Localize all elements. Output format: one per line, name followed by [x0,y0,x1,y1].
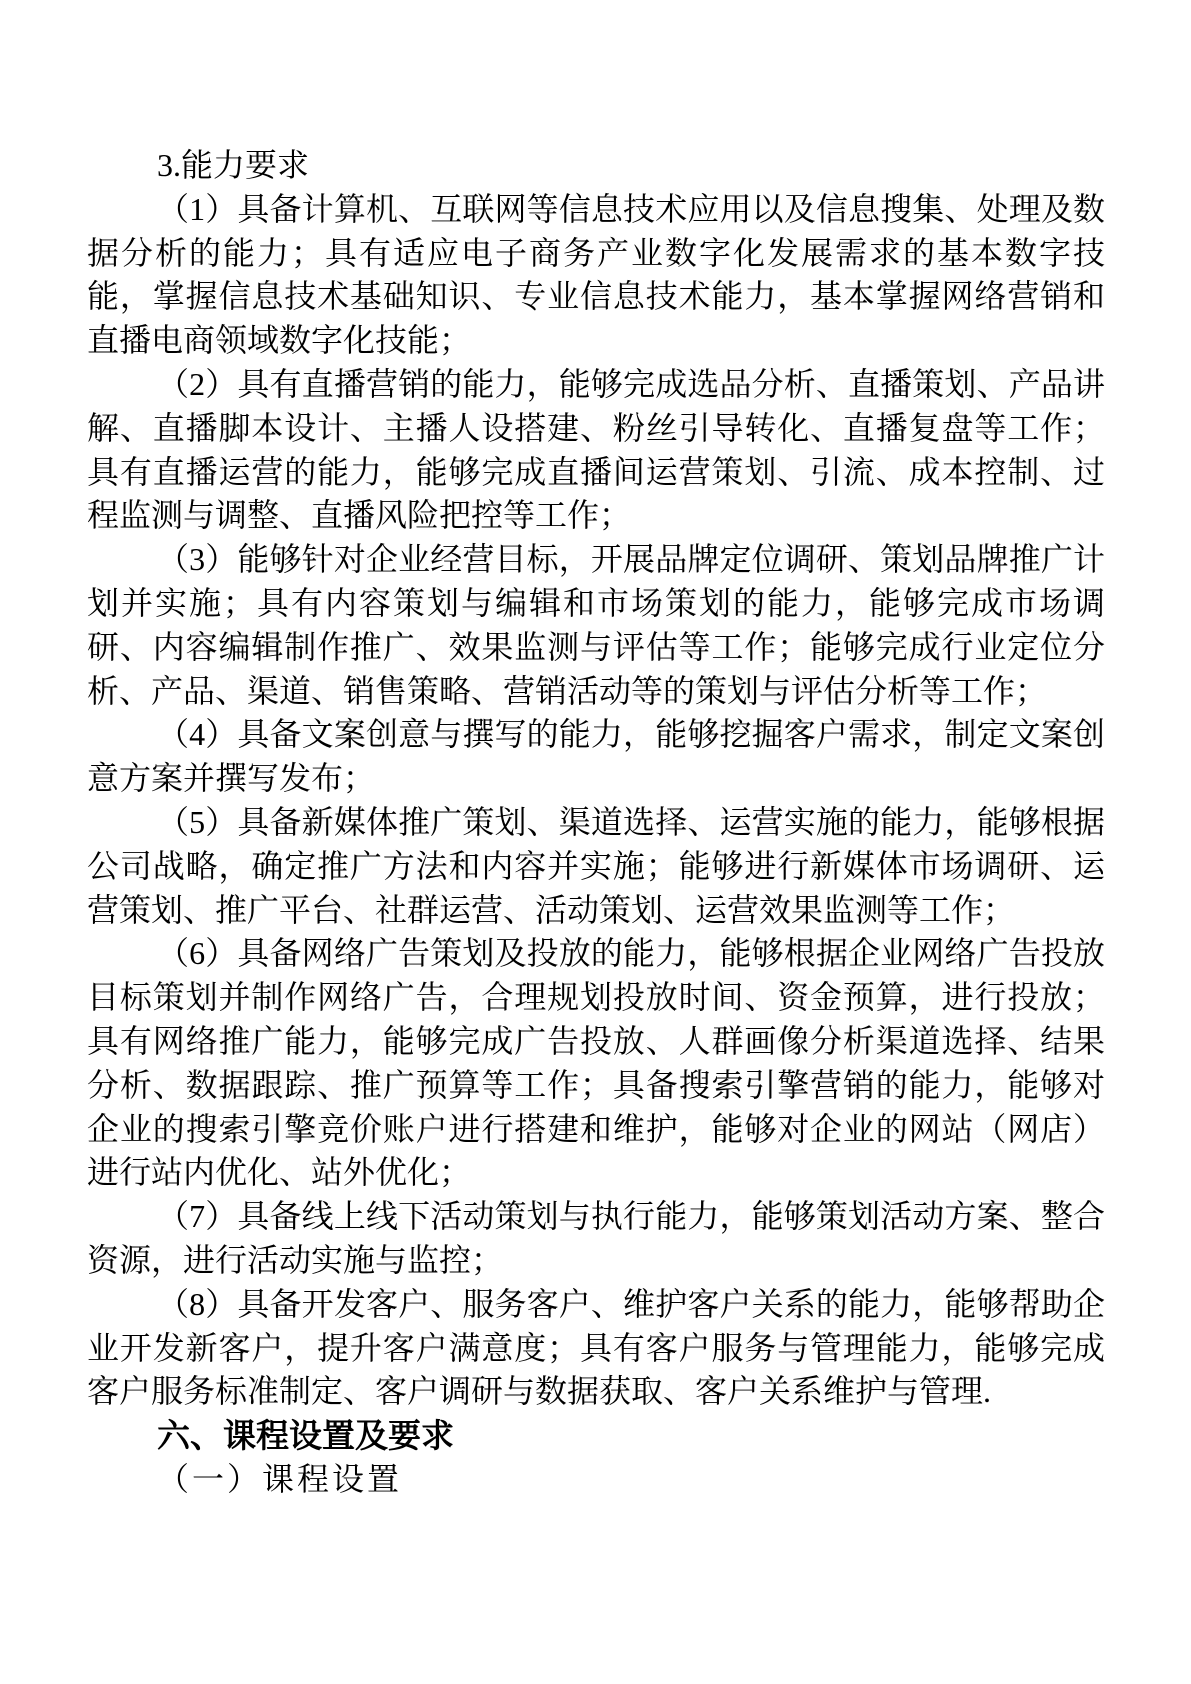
ability-item-5: （5）具备新媒体推广策划、渠道选择、运营实施的能力，能够根据公司战略，确定推广方… [87,801,1105,932]
document-page: 3.能力要求 （1）具备计算机、互联网等信息技术应用以及信息搜集、处理及数据分析… [0,0,1191,1684]
ability-item-3: （3）能够针对企业经营目标，开展品牌定位调研、策划品牌推广计划并实施；具有内容策… [87,538,1105,713]
ability-item-8: （8）具备开发客户、服务客户、维护客户关系的能力，能够帮助企业开发新客户，提升客… [87,1283,1105,1414]
course-subsection-heading: （一）课程设置 [87,1458,1105,1502]
ability-item-1: （1）具备计算机、互联网等信息技术应用以及信息搜集、处理及数据分析的能力；具有适… [87,188,1105,363]
ability-item-2: （2）具有直播营销的能力，能够完成选品分析、直播策划、产品讲解、直播脚本设计、主… [87,363,1105,538]
ability-item-4: （4）具备文案创意与撰写的能力，能够挖掘客户需求，制定文案创意方案并撰写发布； [87,713,1105,801]
course-section-heading: 六、课程设置及要求 [87,1414,1105,1458]
ability-item-6: （6）具备网络广告策划及投放的能力，能够根据企业网络广告投放目标策划并制作网络广… [87,932,1105,1195]
ability-item-7: （7）具备线上线下活动策划与执行能力，能够策划活动方案、整合资源，进行活动实施与… [87,1195,1105,1283]
ability-section-heading: 3.能力要求 [87,144,1105,188]
